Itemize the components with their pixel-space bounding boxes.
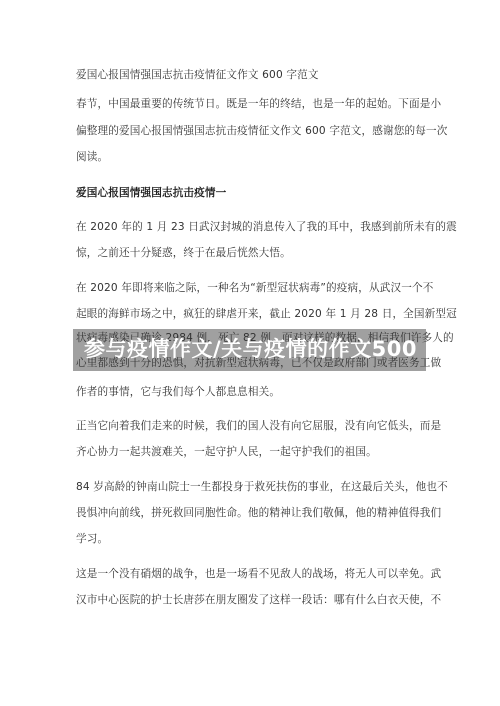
para4-line-1: 84 岁高龄的钟南山院士一生都投身于救死扶伤的事业，在这最后关头，他也不: [76, 480, 448, 494]
para1-line-1: 在 2020 年的 1 月 23 日武汉封城的消息传入了我的耳中，我感到前所未有…: [76, 220, 457, 234]
watermark-title: 参与疫情作文/关与疫情的作文500: [84, 335, 417, 363]
para5-line-1: 这是一个没有硝烟的战争，也是一场看不见敌人的战场，将无人可以幸免。武: [76, 567, 441, 581]
watermark-banner: 状病毒感染已确诊 2984 例，死亡 82 例，面对这样的数据，相信我们许多人的…: [73, 329, 426, 371]
para1-line-2: 惊，之前还十分疑惑，终于在最后恍然大悟。: [76, 246, 291, 260]
para4-line-2: 畏惧冲向前线，拼死救回同胞性命。他的精神让我们敬佩，他的精神值得我们: [76, 506, 441, 520]
document-title: 爱国心报国情强国志抗击疫情征文作文 600 字范文: [76, 68, 319, 82]
intro-line-3: 阅读。: [76, 150, 108, 164]
para3-line-1: 正当它向着我们走来的时候，我们的国人没有向它屈服，没有向它低头，而是: [76, 419, 441, 433]
para2-line-5: 作者的事情，它与我们每个人都息息相关。: [76, 385, 280, 399]
section-heading: 爱国心报国情强国志抗击疫情一: [76, 186, 226, 200]
para2-line-2: 起眼的海鲜市场之中，疯狂的肆虐开来，截止 2020 年 1 月 28 日，全国新…: [76, 307, 457, 321]
para4-line-3: 学习。: [76, 532, 108, 546]
para3-line-2: 齐心协力一起共渡难关，一起守护人民，一起守护我们的祖国。: [76, 445, 377, 459]
para2-line-1: 在 2020 年即将来临之际，一种名为“新型冠状病毒”的疫病，从武汉一个不: [76, 281, 433, 295]
para5-line-2: 汉市中心医院的护士长唐莎在朋友圈发了这样一段话：哪有什么白衣天使，不: [76, 593, 441, 607]
intro-line-2: 偏整理的爱国心报国情强国志抗击疫情征文作文 600 字范文，感谢您的每一次: [76, 124, 448, 138]
intro-line-1: 春节，中国最重要的传统节日。既是一年的终结，也是一年的起始。下面是小: [76, 97, 441, 111]
